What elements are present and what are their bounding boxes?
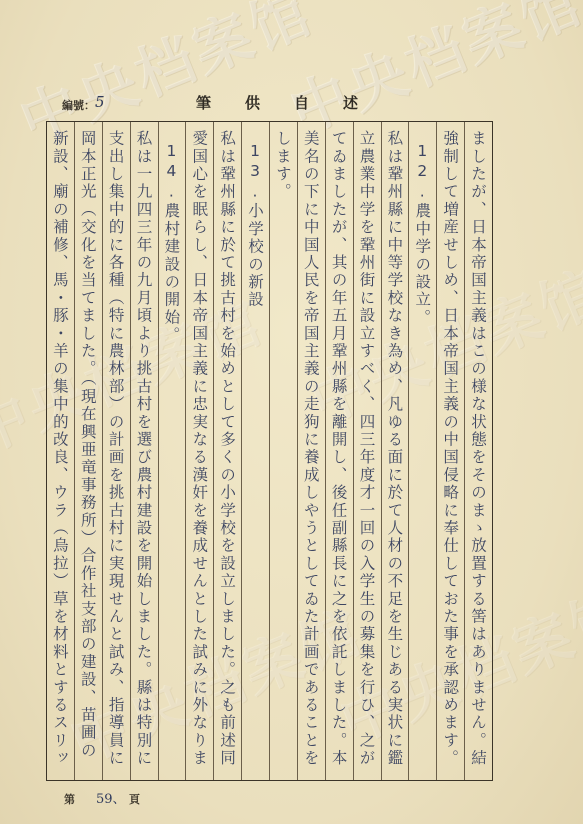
column-text: 私は鞏州縣に於て挑古村を始めとして多くの小学校を設立しました。之も前述同様、中国…	[214, 130, 241, 780]
column-text: 岡本正光（交化を当てました。（現在興亜竜事務所）合作社支部の建設、苗圃の	[75, 130, 102, 780]
title-char: 述	[343, 92, 358, 113]
column-text: 14.農村建設の開始。	[159, 142, 186, 780]
column-text: します。	[270, 130, 297, 780]
title-char: 供	[245, 92, 260, 113]
manuscript-page: 中央档案馆 中央档案馆 中央档案馆 中央档案馆 中央档案馆 中央档案馆 編號： …	[0, 0, 583, 824]
page-number: 59、	[96, 788, 126, 807]
manuscript-column: ましたが、日本帝国主義はこの様な状態をそのまゝ放置する筈はありません。結局私は農…	[464, 122, 492, 780]
page-prefix: 第	[64, 791, 75, 807]
manuscript-column: 14.農村建設の開始。	[158, 122, 186, 780]
page-suffix: 頁	[129, 791, 140, 807]
manuscript-column: 美名の下に中国人民を帝国主義の走狗に養成しやうとしてゐた計画であることを認罪致	[297, 122, 325, 780]
manuscript-column: 愛国心を眠らし、日本帝国主義に忠実なる漢奸を養成せんとした試みに外なりません。	[185, 122, 213, 780]
manuscript-column: 支出し集中的に各種（特に農林部）の計画を挑古村に実現せんと試み、指導員に日本人	[102, 122, 130, 780]
column-text: 立農業中学を鞏州街に設立すべく、四三年度才一回の入学生の募集を行ひ、之が完成を期…	[354, 130, 381, 780]
column-text: 新設、廟の補修、馬・豚・羊の集中的改良、ウラ（烏拉）草を材料とするスリッパを製造	[47, 130, 74, 780]
column-text: ましたが、日本帝国主義はこの様な状態をそのまゝ放置する筈はありません。結局私は農…	[465, 130, 492, 780]
document-number-label: 編號：	[62, 97, 95, 113]
column-text: 支出し集中的に各種（特に農林部）の計画を挑古村に実現せんと試み、指導員に日本人	[103, 130, 130, 780]
manuscript-column: 13.小学校の新設	[241, 122, 269, 780]
manuscript-column: 12.農中学の設立。	[408, 122, 436, 780]
manuscript-column: 私は鞏州縣に中等学校なき為め、凡ゆる面に於て人材の不足を生じある実状に鑑み、鞏州…	[381, 122, 409, 780]
page-title: 筆 供 自 述	[196, 92, 358, 113]
column-text: 12.農中学の設立。	[409, 142, 436, 780]
manuscript-column: 私は鞏州縣に於て挑古村を始めとして多くの小学校を設立しました。之も前述同様、中国…	[213, 122, 241, 780]
column-text: 私は一九四三年の九月頃より挑古村を選び農村建設を開始しました。縣は特別に二万余円…	[131, 130, 158, 780]
document-number: 5	[95, 93, 105, 111]
manuscript-column: てゐましたが、其の年五月鞏州縣を離開し、後任副縣長に之を依託しました。本件は、教…	[325, 122, 353, 780]
column-text: 愛国心を眠らし、日本帝国主義に忠実なる漢奸を養成せんとした試みに外なりません。	[186, 130, 213, 780]
column-text: 美名の下に中国人民を帝国主義の走狗に養成しやうとしてゐた計画であることを認罪致	[298, 130, 325, 780]
title-char: 自	[294, 92, 309, 113]
manuscript-grid: ましたが、日本帝国主義はこの様な状態をそのまゝ放置する筈はありません。結局私は農…	[46, 121, 493, 781]
title-char: 筆	[196, 92, 211, 113]
manuscript-column: します。	[269, 122, 297, 780]
manuscript-column: 岡本正光（交化を当てました。（現在興亜竜事務所）合作社支部の建設、苗圃の	[74, 122, 102, 780]
manuscript-column: 強制して増産せしめ、日本帝国主義の中国侵略に奉仕しておた事を承認めます。	[436, 122, 464, 780]
column-text: 13.小学校の新設	[242, 142, 269, 780]
column-text: 私は鞏州縣に中等学校なき為め、凡ゆる面に於て人材の不足を生じある実状に鑑み、鞏州…	[382, 130, 409, 780]
manuscript-column: 私は一九四三年の九月頃より挑古村を選び農村建設を開始しました。縣は特別に二万余円…	[130, 122, 158, 780]
column-text: 強制して増産せしめ、日本帝国主義の中国侵略に奉仕しておた事を承認めます。	[437, 130, 464, 780]
column-text: てゐましたが、其の年五月鞏州縣を離開し、後任副縣長に之を依託しました。本件は、教…	[326, 130, 353, 780]
manuscript-column: 立農業中学を鞏州街に設立すべく、四三年度才一回の入学生の募集を行ひ、之が完成を期…	[353, 122, 381, 780]
manuscript-column: 新設、廟の補修、馬・豚・羊の集中的改良、ウラ（烏拉）草を材料とするスリッパを製造	[47, 122, 74, 780]
